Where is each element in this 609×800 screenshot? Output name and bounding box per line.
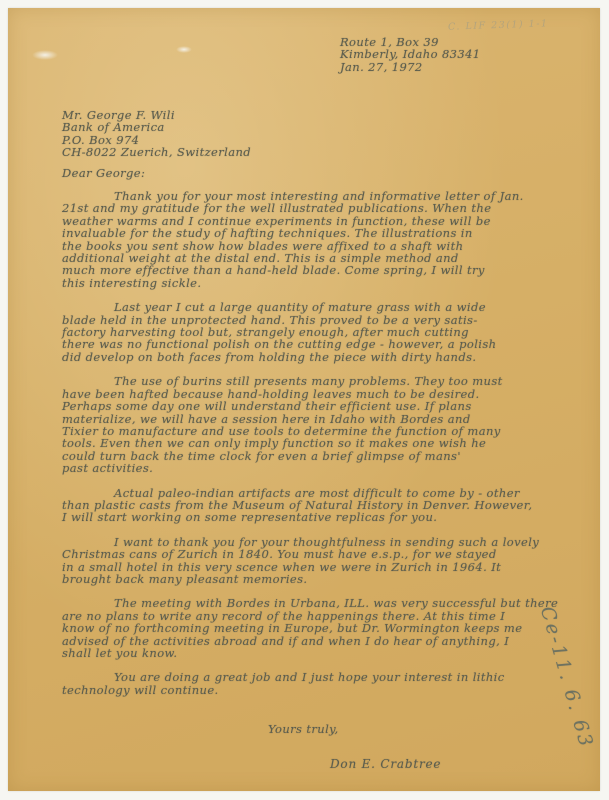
letter-line: Christmas cans of Zurich in 1840. You mu… bbox=[62, 548, 552, 560]
letter-paragraph: Last year I cut a large quantity of matu… bbox=[62, 301, 552, 363]
archival-pencil-annotation-top: C. LIF 23(1) 1-1 bbox=[448, 18, 549, 33]
letter-line: tools. Even then we can only imply funct… bbox=[62, 437, 552, 449]
letter-line: The meeting with Bordes in Urbana, ILL. … bbox=[62, 597, 552, 609]
letter-line: invaluable for the study of hafting tech… bbox=[62, 227, 552, 239]
recipient-org: Bank of America bbox=[62, 121, 251, 133]
return-address-line: Kimberly, Idaho 83341 bbox=[340, 48, 481, 60]
letter-paragraph: You are doing a great job and I just hop… bbox=[62, 671, 552, 696]
return-address-block: Route 1, Box 39 Kimberly, Idaho 83341 Ja… bbox=[340, 36, 481, 73]
letter-line: Perhaps some day one will understand the… bbox=[62, 400, 552, 412]
salutation: Dear George: bbox=[62, 166, 145, 180]
letter-line: shall let you know. bbox=[62, 647, 552, 659]
letter-line: technology will continue. bbox=[62, 684, 552, 696]
letter-line: brought back many pleasant memories. bbox=[62, 573, 552, 585]
closing: Yours truly, bbox=[268, 722, 339, 736]
letter-line: know of no forthcoming meeting in Europe… bbox=[62, 622, 552, 634]
signature: Don E. Crabtree bbox=[330, 757, 441, 771]
letter-line: much more effective than a hand-held bla… bbox=[62, 264, 552, 276]
letter-line: did develop on both faces from holding t… bbox=[62, 351, 552, 363]
recipient-address-block: Mr. George F. Wili Bank of America P.O. … bbox=[62, 109, 251, 159]
letter-line: 21st and my gratitude for the well illus… bbox=[62, 202, 552, 214]
paper-blemish bbox=[176, 46, 192, 53]
letter-paragraph: The meeting with Bordes in Urbana, ILL. … bbox=[62, 597, 552, 659]
letter-line: I will start working on some representat… bbox=[62, 511, 552, 523]
letter-body: Thank you for your most interesting and … bbox=[62, 190, 552, 708]
paper-blemish bbox=[32, 50, 58, 60]
letter-line: there was no functional polish on the cu… bbox=[62, 338, 552, 350]
letter-line: this interesting sickle. bbox=[62, 277, 552, 289]
scanned-letter-page: C. LIF 23(1) 1-1 Route 1, Box 39 Kimberl… bbox=[0, 0, 609, 800]
letter-paragraph: Actual paleo-indian artifacts are most d… bbox=[62, 487, 552, 524]
letter-paper: C. LIF 23(1) 1-1 Route 1, Box 39 Kimberl… bbox=[8, 8, 600, 791]
letter-line: Last year I cut a large quantity of matu… bbox=[62, 301, 552, 313]
letter-paragraph: I want to thank you for your thoughtfuln… bbox=[62, 536, 552, 586]
letter-line: past activities. bbox=[62, 462, 552, 474]
letter-paragraph: Thank you for your most interesting and … bbox=[62, 190, 552, 289]
letter-date: Jan. 27, 1972 bbox=[340, 61, 481, 73]
letter-paragraph: The use of burins still presents many pr… bbox=[62, 375, 552, 474]
recipient-city: CH-8022 Zuerich, Switzerland bbox=[62, 146, 251, 158]
letter-line: You are doing a great job and I just hop… bbox=[62, 671, 552, 683]
letter-line: The use of burins still presents many pr… bbox=[62, 375, 552, 387]
